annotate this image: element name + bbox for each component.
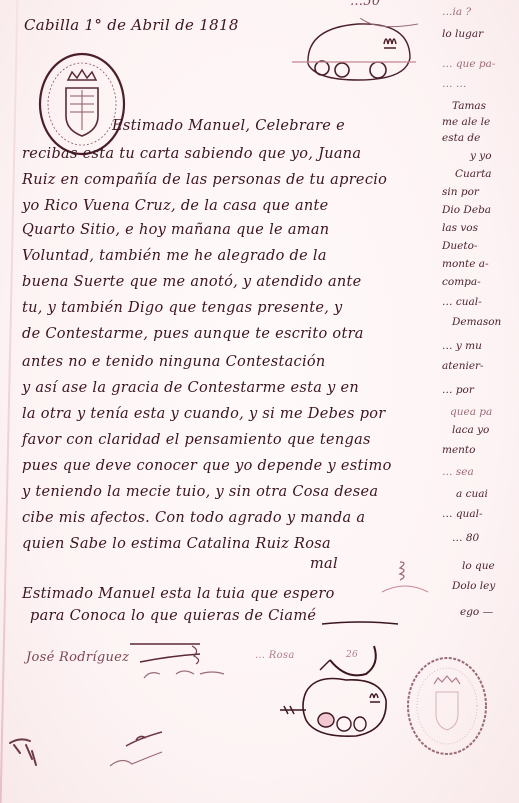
- margin-note: quea pa: [450, 406, 492, 418]
- margin-note: Dolo ley: [452, 580, 495, 592]
- margin-note: a cuai: [456, 488, 488, 500]
- margin-note: … sea: [442, 466, 474, 478]
- rubric-lower-left-icon: [120, 640, 230, 690]
- margin-note: monte a-: [442, 258, 489, 270]
- rubric-top-right-icon: [288, 18, 428, 82]
- margin-note: lo lugar: [442, 28, 483, 40]
- body-line-17: quien Sabe lo estima Catalina Ruiz Rosa: [22, 536, 331, 552]
- margin-note: Dueto-: [442, 240, 477, 252]
- margin-note: … y mu: [442, 340, 482, 352]
- margin-note: las vos: [442, 222, 478, 234]
- margin-note: … cual-: [442, 296, 482, 308]
- body-line-13: favor con claridad el pensamiento que te…: [22, 432, 371, 448]
- body-line-4: yo Rico Vuena Cruz, de la casa que ante: [22, 198, 329, 214]
- body-line-9: de Contestarme, pues aunque te escrito o…: [22, 326, 364, 342]
- body-line-1: Estimado Manuel, Celebrare e: [112, 118, 345, 134]
- body-line-7: buena Suerte que me anotó, y atendido an…: [22, 274, 362, 290]
- margin-note: mento: [442, 444, 475, 456]
- margin-note: sin por: [442, 186, 479, 198]
- margin-note: y yo: [470, 150, 492, 162]
- margin-note: … por: [442, 384, 474, 396]
- margin-note: Demason: [452, 316, 501, 328]
- margin-note: … 80: [452, 532, 479, 544]
- margin-note: … …: [442, 78, 466, 90]
- manuscript-page: …50 Cabilla 1° de Abril de 1818 Estimado…: [0, 0, 519, 803]
- margin-note: laca yo: [452, 424, 489, 436]
- body-line-16: cibe mis afectos. Con todo agrado y mand…: [22, 510, 365, 526]
- body-line-18: mal: [310, 556, 338, 572]
- seal-top-left-icon: [36, 50, 128, 158]
- margin-note: Tamas: [452, 100, 486, 112]
- postscript-underline-icon: [320, 618, 400, 628]
- margin-note: Dio Deba: [442, 204, 491, 216]
- seal-bottom-right-icon: [404, 654, 490, 758]
- body-line-3: Ruiz en compañía de las personas de tu a…: [22, 172, 387, 188]
- margin-note: … qual-: [442, 508, 483, 520]
- margin-note: esta de: [442, 132, 480, 144]
- body-line-15: y teniendo la mecie tuio, y sin otra Cos…: [22, 484, 378, 500]
- postscript-line-2: para Conoca lo que quieras de Ciamé: [30, 608, 316, 624]
- body-line-5: Quarto Sitio, e hoy mañana que le aman: [22, 222, 329, 238]
- body-line-10: antes no e tenido ninguna Contestación: [22, 354, 326, 370]
- binding-knot-icon: [6, 735, 46, 775]
- body-line-12: la otra y tenía esta y cuando, y si me D…: [22, 406, 386, 422]
- body-line-14: pues que deve conocer que yo depende y e…: [22, 458, 392, 474]
- margin-note: atenier-: [442, 360, 484, 372]
- margin-note: … que pa-: [442, 58, 495, 70]
- binding-thread-line: [0, 0, 18, 803]
- flourish-bottom-left-icon: [96, 726, 176, 774]
- margin-note: compa-: [442, 276, 481, 288]
- small-flourish-icon: [380, 558, 430, 598]
- body-line-6: Voluntad, también me he alegrado de la: [22, 248, 327, 264]
- body-line-11: y así ase la gracia de Contestarme esta …: [22, 380, 359, 396]
- date-line: Cabilla 1° de Abril de 1818: [24, 16, 239, 34]
- margin-note: ego —: [460, 606, 493, 618]
- margin-note: me ale le: [442, 116, 490, 128]
- rubric-bottom-center-icon: [276, 640, 406, 756]
- signature-number: 26: [346, 650, 358, 660]
- top-fragment: …50: [350, 0, 380, 9]
- margin-note: Cuarta: [455, 168, 492, 180]
- body-line-2: recibas esta tu carta sabiendo que yo, J…: [22, 146, 361, 162]
- signature-lower-left: José Rodríguez: [26, 650, 129, 665]
- postscript-line-1: Estimado Manuel esta la tuia que espero: [22, 586, 335, 602]
- margin-note: lo que: [462, 560, 495, 572]
- body-line-8: tu, y también Digo que tengas presente, …: [22, 300, 343, 316]
- margin-note: …ia ?: [442, 6, 471, 18]
